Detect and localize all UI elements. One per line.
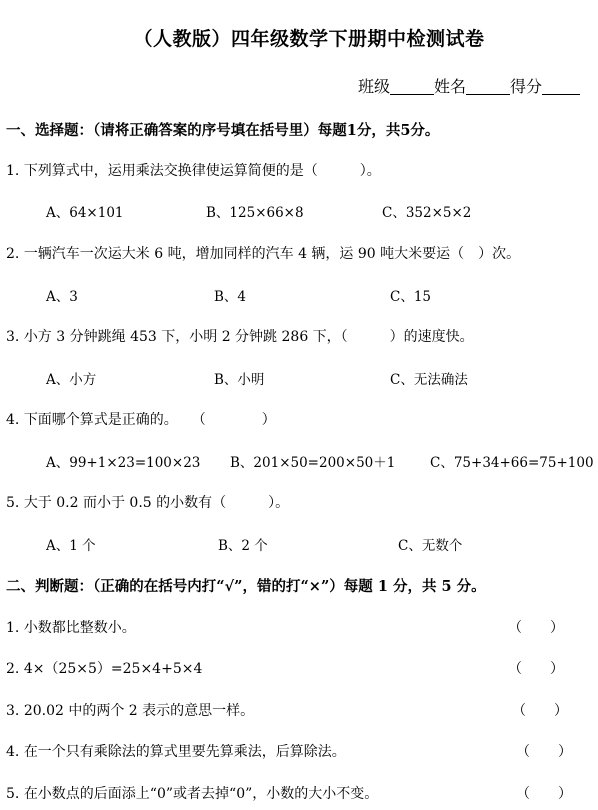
mc-question-4: 4. 下面哪个算式是正确的。 （ ） [6,409,276,429]
mc-q5-option-b[interactable]: B、2 个 [218,534,268,554]
question-text: 下列算式中，运用乘法交换律使运算简便的是（ ）。 [24,163,381,179]
tf-q5-answer-bracket[interactable]: （ ） [516,783,572,803]
question-text: 小方 3 分钟跳绳 453 下，小明 2 分钟跳 286 下，（ ）的速度快。 [24,329,474,345]
section1-heading: 一、选择题：（请将正确答案的序号填在括号里）每题1分，共5分。 [6,119,439,140]
question-number: 3. [6,703,19,719]
tf-q1-answer-bracket[interactable]: （ ） [508,617,564,637]
score-field[interactable] [542,78,580,95]
mc-q3-option-c[interactable]: C、无法确法 [390,368,468,388]
mc-q5-option-c[interactable]: C、无数个 [398,534,462,554]
question-number: 3. [6,329,19,345]
question-text: 一辆汽车一次运大米 6 吨，增加同样的汽车 4 辆，运 90 吨大米要运（ ）次… [24,246,520,262]
question-number: 1. [6,620,19,636]
score-label: 得分 [510,77,542,96]
question-text: 大于 0.2 而小于 0.5 的小数有（ ）。 [24,495,289,511]
section2-heading: 二、判断题：（正确的在括号内打“√”，错的打“×”）每题 1 分，共 5 分。 [6,575,486,596]
tf-question-5: 5. 在小数点的后面添上“0”或者去掉“0”，小数的大小不变。 [6,783,378,803]
tf-question-1: 1. 小数都比整数小。 [6,617,136,637]
tf-question-3: 3. 20.02 中的两个 2 表示的意思一样。 [6,700,254,720]
class-label: 班级 [358,77,390,96]
mc-q3-option-b[interactable]: B、小明 [214,368,264,388]
question-number: 2. [6,661,19,677]
mc-q4-option-a[interactable]: A、99+1×23=100×23 [46,451,200,471]
mc-q4-option-c[interactable]: C、75+34+66=75+100 [430,451,594,471]
mc-question-5: 5. 大于 0.2 而小于 0.5 的小数有（ ）。 [6,492,289,512]
question-text: 在一个只有乘除法的算式里要先算乘法，后算除法。 [24,744,346,760]
mc-q1-option-a[interactable]: A、64×101 [46,201,124,221]
question-text: 20.02 中的两个 2 表示的意思一样。 [24,703,254,719]
tf-question-4: 4. 在一个只有乘除法的算式里要先算乘法，后算除法。 [6,741,346,761]
question-number: 5. [6,495,19,511]
mc-q2-option-c[interactable]: C、15 [390,285,431,305]
mc-q5-option-a[interactable]: A、1 个 [46,534,96,554]
question-number: 4. [6,412,19,428]
student-info-line: 班级姓名得分 [358,74,580,97]
mc-q4-option-b[interactable]: B、201×50=200×50＋1 [230,451,395,471]
tf-q4-answer-bracket[interactable]: （ ） [516,741,572,761]
name-field[interactable] [466,78,510,95]
mc-q2-option-a[interactable]: A、3 [46,285,78,305]
mc-q1-option-b[interactable]: B、125×66×8 [206,201,304,221]
tf-question-2: 2. 4×（25×5）=25×4+5×4 [6,658,202,678]
mc-q2-option-b[interactable]: B、4 [214,285,246,305]
question-number: 1. [6,163,19,179]
question-text: 下面哪个算式是正确的。 （ ） [24,412,276,428]
mc-question-2: 2. 一辆汽车一次运大米 6 吨，增加同样的汽车 4 辆，运 90 吨大米要运（… [6,243,520,263]
mc-question-1: 1. 下列算式中，运用乘法交换律使运算简便的是（ ）。 [6,160,381,180]
tf-q3-answer-bracket[interactable]: （ ） [512,700,568,720]
mc-q1-option-c[interactable]: C、352×5×2 [382,201,471,221]
mc-q3-option-a[interactable]: A、小方 [46,368,96,388]
question-text: 小数都比整数小。 [24,620,136,636]
question-number: 4. [6,744,19,760]
class-field[interactable] [390,78,434,95]
mc-question-3: 3. 小方 3 分钟跳绳 453 下，小明 2 分钟跳 286 下，（ ）的速度… [6,326,474,346]
question-text: 4×（25×5）=25×4+5×4 [24,661,203,677]
question-text: 在小数点的后面添上“0”或者去掉“0”，小数的大小不变。 [24,786,378,802]
page-title: （人教版）四年级数学下册期中检测试卷 [0,24,598,51]
tf-q2-answer-bracket[interactable]: （ ） [508,658,564,678]
question-number: 5. [6,786,19,802]
name-label: 姓名 [434,77,466,96]
question-number: 2. [6,246,19,262]
